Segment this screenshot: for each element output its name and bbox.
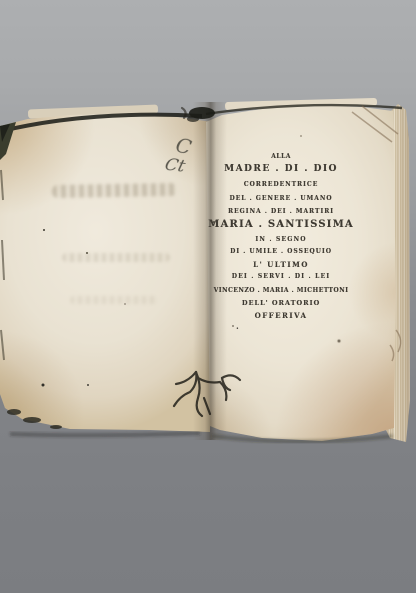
dedication-line: IN . SEGNO [206, 236, 356, 243]
spine-top-ink-blot [187, 116, 199, 122]
dedication-line: L' ULTIMO [206, 260, 356, 269]
dedication-line: OFFERIVA [206, 311, 356, 320]
dedication-line: MARIA . SANTISSIMA [206, 219, 356, 230]
dedication-line: ALLA [206, 153, 356, 160]
dedication-line: DELL' ORATORIO [206, 299, 356, 307]
ink-specks [0, 0, 2, 2]
page-crease [352, 106, 401, 361]
cover-top-edge [2, 115, 202, 131]
dedication-line: DEI . SERVI . DI . LEI [206, 273, 356, 280]
cover-bottom-edge [7, 409, 62, 429]
book-drop-shadow [10, 433, 393, 442]
book-scan-photo: ALLA MADRE . DI . DIO CORREDENTRICE DEL … [0, 0, 416, 593]
dedication-line: CORREDENTRICE [206, 181, 356, 188]
dedication-line: REGINA . DEI . MARTIRI [206, 208, 356, 215]
dedication-text: ALLA MADRE . DI . DIO CORREDENTRICE DEL … [206, 0, 356, 360]
worn-edge-marks [1, 170, 4, 360]
dedication-line: MADRE . DI . DIO [206, 164, 356, 174]
dedication-line: VINCENZO . MARIA . MICHETTONI [206, 287, 356, 294]
footnote-mark: . [236, 321, 239, 331]
dedication-line: DEL . GENERE . UMANO [206, 195, 356, 202]
dedication-line: DI . UMILE . OSSEQUIO [206, 248, 356, 255]
